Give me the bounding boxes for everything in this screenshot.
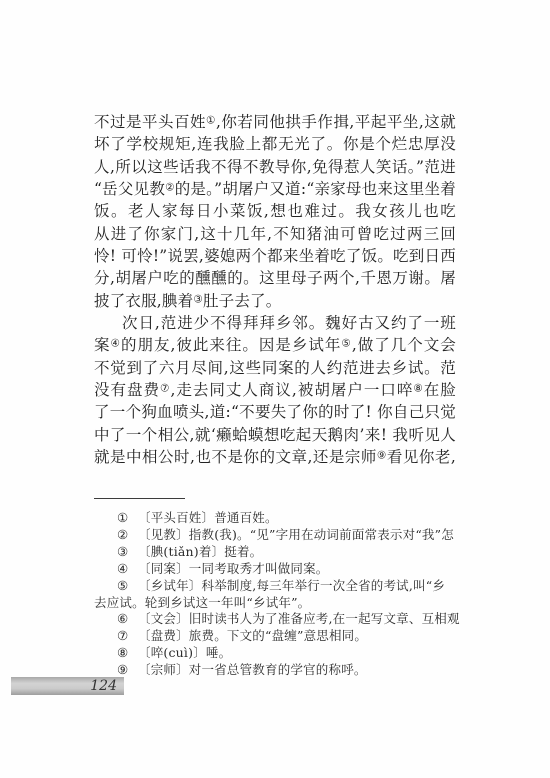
text-line: 了一个狗血喷头,道:“不要失了你的时了! 你自己只觉得 bbox=[94, 401, 456, 423]
text-line: 从进了你家门,这十几年,不知猪油可曾吃过两三回哩! 可 bbox=[94, 223, 456, 245]
text-line: 人,所以这些话我不得不教导你,免得惹人笑话。”范进道: bbox=[94, 156, 456, 178]
footnote-row: ④ 〔同案〕一同考取秀才叫做同案。 bbox=[94, 561, 460, 578]
text-line: 披了衣服,腆着③肚子去了。 bbox=[94, 290, 456, 312]
footnote-number: ⑧ bbox=[117, 645, 138, 662]
footnote-text: 〔平头百姓〕普通百姓。 bbox=[138, 510, 460, 527]
footnote-number: ⑦ bbox=[117, 628, 138, 645]
text-line: 饭。老人家每日小菜饭,想也难过。我女孩儿也吃些。自 bbox=[94, 200, 456, 222]
footnote-text: 〔盘费〕旅费。下文的“盘缠”意思相同。 bbox=[138, 628, 460, 645]
footnote-number: ④ bbox=[117, 561, 138, 578]
text-line: “岳父见教②的是。”胡屠户又道:“亲家母也来这里坐着吃 bbox=[94, 178, 456, 200]
page-number-bar: 124 bbox=[11, 677, 124, 695]
footnote-row: ⑤ 〔乡试年〕科举制度,每三年举行一次全省的考试,叫“乡试”,由秀才 bbox=[94, 578, 460, 595]
footnote-continuation: 去应试。轮到乡试这一年叫“乡试年”。 bbox=[94, 595, 460, 612]
footnote-row: ⑧ 〔啐(cuì)〕唾。 bbox=[94, 645, 460, 662]
text-line: 不过是平头百姓①,你若同他拱手作揖,平起平坐,这就是 bbox=[94, 111, 456, 133]
footnote-number: ⑥ bbox=[117, 611, 138, 628]
footnote-row: ⑥ 〔文会〕旧时读书人为了准备应考,在一起写文章、互相观摩的集会。 bbox=[94, 611, 460, 628]
footnote-number: ① bbox=[117, 510, 138, 527]
footnote-text: 〔同案〕一同考取秀才叫做同案。 bbox=[138, 561, 460, 578]
text-line: 不觉到了六月尽间,这些同案的人约范进去乡试。范进因 bbox=[94, 357, 456, 379]
text-line: 中了一个相公,就‘癞蛤蟆想吃起天鹅肉’来! 我听见人说, bbox=[94, 424, 456, 446]
text-line: 怜! 可怜!”说罢,婆媳两个都来坐着吃了饭。吃到日西时 bbox=[94, 245, 456, 267]
footnote-row: ① 〔平头百姓〕普通百姓。 bbox=[94, 510, 460, 527]
footnote-text: 〔见教〕指教(我)。“见”字用在动词前面常表示对“我”怎么样。 bbox=[138, 527, 460, 544]
book-page: 不过是平头百姓①,你若同他拱手作揖,平起平坐,这就是 坏了学校规矩,连我脸上都无… bbox=[0, 0, 550, 778]
text-line: 没有盘费⑦,走去同丈人商议,被胡屠户一口啐⑧在脸上,骂 bbox=[94, 379, 456, 401]
text-line: 就是中相公时,也不是你的文章,还是宗师⑨看见你老,不 bbox=[94, 446, 456, 468]
footnote-text: 〔啐(cuì)〕唾。 bbox=[138, 645, 460, 662]
footnote-text: 〔腆(tiǎn)着〕挺着。 bbox=[138, 544, 460, 561]
text-line: 案④的朋友,彼此来往。因是乡试年⑤,做了几个文会⑥。 bbox=[94, 334, 456, 356]
text-line: 坏了学校规矩,连我脸上都无光了。你是个烂忠厚没用的 bbox=[94, 133, 456, 155]
footnote-row: ⑦ 〔盘费〕旅费。下文的“盘缠”意思相同。 bbox=[94, 628, 460, 645]
footnote-separator bbox=[94, 498, 185, 499]
footnote-text: 〔乡试年〕科举制度,每三年举行一次全省的考试,叫“乡试”,由秀才 bbox=[138, 578, 460, 595]
text-line: 次日,范进少不得拜拜乡邻。魏好古又约了一班同 bbox=[94, 312, 456, 334]
text-line: 分,胡屠户吃的醺醺的。这里母子两个,千恩万谢。屠户横 bbox=[94, 267, 456, 289]
footnote-text: 〔文会〕旧时读书人为了准备应考,在一起写文章、互相观摩的集会。 bbox=[138, 611, 460, 628]
footnote-text: 〔宗师〕对一省总管教育的学官的称呼。 bbox=[138, 662, 460, 679]
footnote-row: ② 〔见教〕指教(我)。“见”字用在动词前面常表示对“我”怎么样。 bbox=[94, 527, 460, 544]
footnote-number: ② bbox=[117, 527, 138, 544]
footnote-number: ③ bbox=[117, 544, 138, 561]
body-text: 不过是平头百姓①,你若同他拱手作揖,平起平坐,这就是 坏了学校规矩,连我脸上都无… bbox=[94, 111, 456, 468]
footnotes: ① 〔平头百姓〕普通百姓。 ② 〔见教〕指教(我)。“见”字用在动词前面常表示对… bbox=[94, 510, 460, 679]
footnote-number: ⑤ bbox=[117, 578, 138, 595]
footnote-row: ③ 〔腆(tiǎn)着〕挺着。 bbox=[94, 544, 460, 561]
page-number: 124 bbox=[90, 678, 117, 694]
footnote-row: ⑨ 〔宗师〕对一省总管教育的学官的称呼。 bbox=[94, 662, 460, 679]
